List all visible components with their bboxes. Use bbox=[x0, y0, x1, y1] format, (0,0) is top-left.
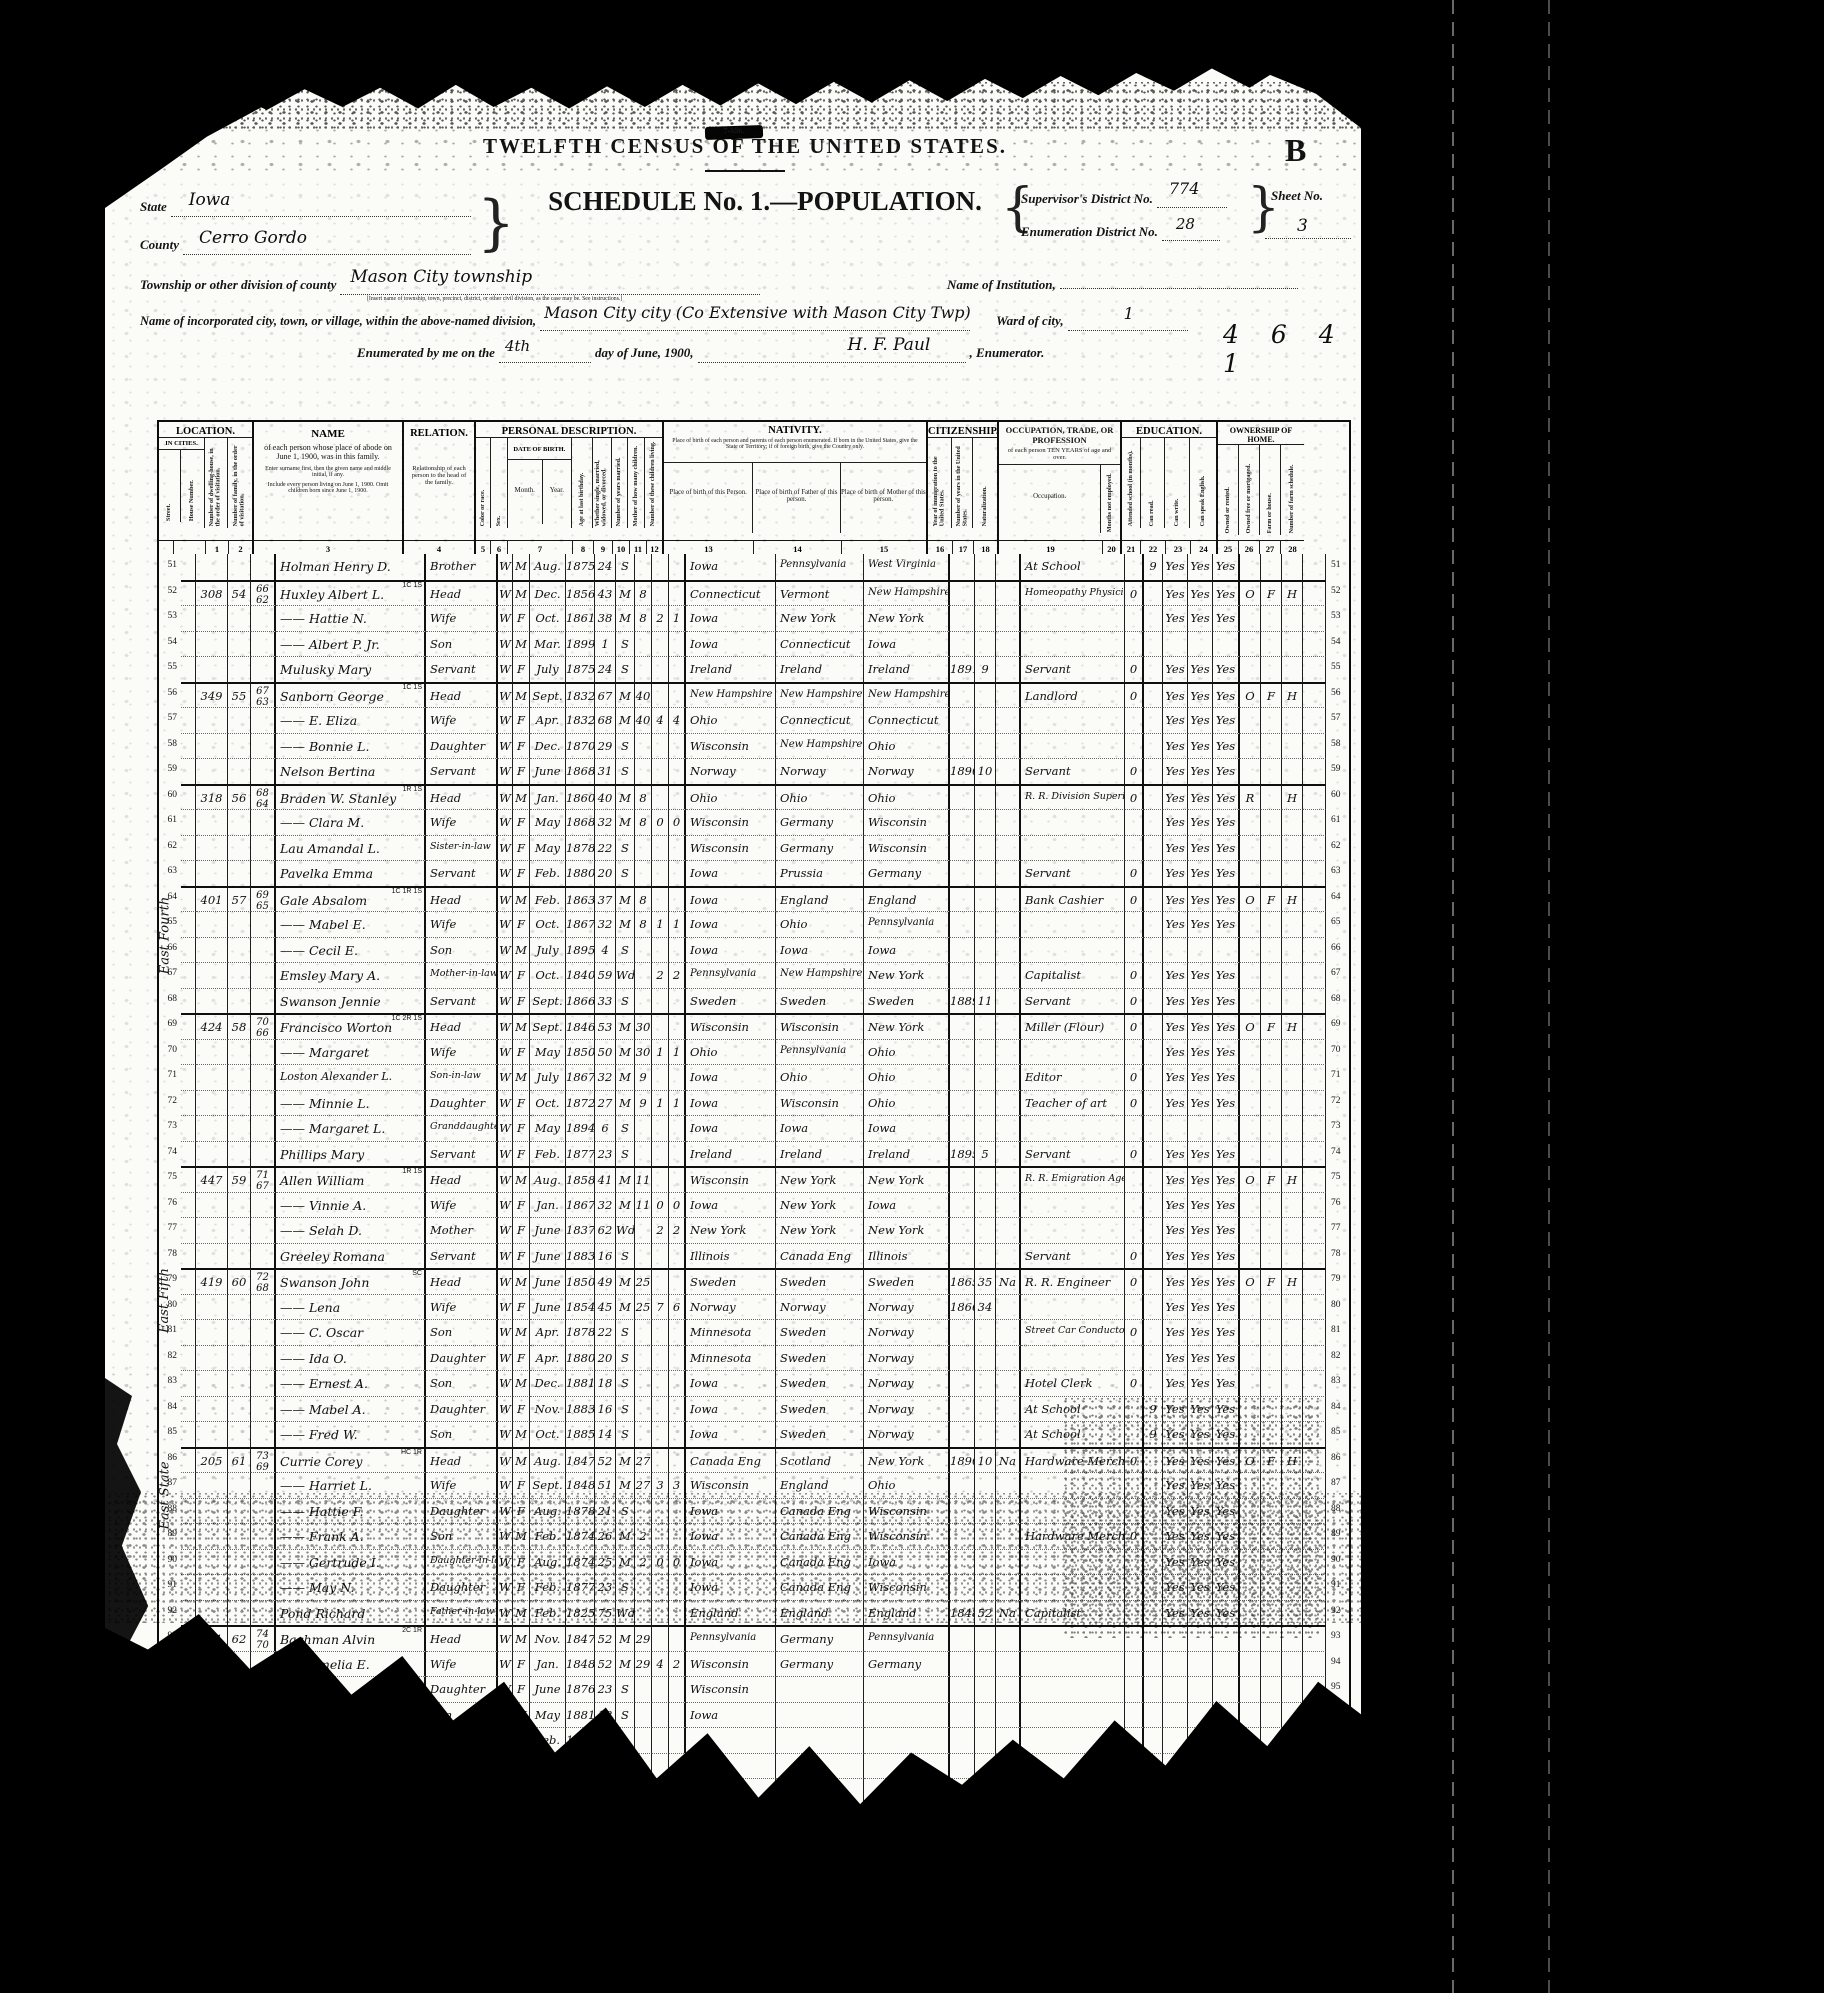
cell: S bbox=[616, 1676, 635, 1702]
cell: 1848 bbox=[566, 1651, 595, 1677]
scan-speckle-top1 bbox=[105, 82, 1361, 130]
cell bbox=[996, 1676, 1021, 1702]
cell: 4 bbox=[652, 1651, 669, 1677]
cell: May bbox=[530, 1702, 566, 1728]
census-sheet: 7-556. TWELFTH CENSUS OF THE UNITED STAT… bbox=[105, 38, 1361, 1910]
cell: 1847 bbox=[566, 1625, 595, 1651]
cell bbox=[975, 1651, 996, 1677]
cell bbox=[635, 1676, 652, 1702]
film-scratch-1 bbox=[1452, 0, 1454, 1993]
cell: F bbox=[513, 1676, 530, 1702]
cell: June bbox=[530, 1676, 566, 1702]
cell bbox=[669, 1625, 686, 1651]
scan-speckle-bottom-right bbox=[1061, 1398, 1321, 1638]
cell bbox=[669, 1702, 686, 1728]
cell bbox=[1261, 1651, 1282, 1677]
cell bbox=[1125, 1676, 1144, 1702]
cell bbox=[1144, 1702, 1163, 1728]
cell: Pennsylvania bbox=[864, 1625, 950, 1651]
cell bbox=[1144, 1676, 1163, 1702]
cell: 7470 bbox=[251, 1625, 276, 1651]
cell bbox=[1240, 1702, 1261, 1728]
cell bbox=[1240, 1651, 1261, 1677]
tabulation-stamp: 2C 1R bbox=[402, 1627, 422, 1634]
cell bbox=[1213, 1676, 1240, 1702]
cell bbox=[635, 1702, 652, 1728]
cell bbox=[1144, 1727, 1163, 1753]
cell: Wife bbox=[426, 1651, 498, 1677]
cell bbox=[669, 1676, 686, 1702]
cell bbox=[1021, 1676, 1125, 1702]
cell: Germany bbox=[864, 1651, 950, 1677]
cell bbox=[652, 1727, 669, 1753]
cell bbox=[1213, 1651, 1240, 1677]
cell: Germany bbox=[776, 1625, 864, 1651]
cell bbox=[1021, 1702, 1125, 1728]
cell bbox=[1261, 1676, 1282, 1702]
cell: 29 bbox=[635, 1651, 652, 1677]
cell bbox=[776, 1702, 864, 1728]
cell bbox=[1282, 1651, 1303, 1677]
cell bbox=[996, 1702, 1021, 1728]
cell bbox=[1188, 1676, 1213, 1702]
cell bbox=[864, 1702, 950, 1728]
cell: Germany bbox=[776, 1651, 864, 1677]
cell bbox=[975, 1676, 996, 1702]
cell bbox=[1163, 1702, 1188, 1728]
cell: W bbox=[498, 1651, 513, 1677]
cell: 23 bbox=[595, 1676, 616, 1702]
film-scratch-2 bbox=[1548, 0, 1550, 1993]
cell bbox=[1188, 1651, 1213, 1677]
cell bbox=[1282, 1676, 1303, 1702]
cell bbox=[975, 1625, 996, 1651]
cell bbox=[950, 1625, 975, 1651]
cell: W bbox=[498, 1625, 513, 1651]
cell bbox=[652, 1625, 669, 1651]
cell: 1876 bbox=[566, 1676, 595, 1702]
cell bbox=[975, 1702, 996, 1728]
cell bbox=[652, 1702, 669, 1728]
cell: Head bbox=[426, 1625, 498, 1651]
cell: Wisconsin bbox=[686, 1676, 776, 1702]
cell bbox=[864, 1727, 950, 1753]
cell: 52 bbox=[595, 1625, 616, 1651]
cell bbox=[1303, 1651, 1326, 1677]
cell: M bbox=[616, 1651, 635, 1677]
cell: Iowa bbox=[686, 1702, 776, 1728]
cell bbox=[996, 1625, 1021, 1651]
cell bbox=[996, 1651, 1021, 1677]
cell: 62 bbox=[228, 1625, 251, 1651]
cell bbox=[652, 1676, 669, 1702]
scan-speckle-top2 bbox=[105, 124, 1361, 176]
cell: Pennsylvania bbox=[686, 1625, 776, 1651]
census-scan-page: { "page": { "letter": "B", "form_note": … bbox=[0, 0, 1824, 1993]
scan-grain bbox=[105, 178, 1361, 1378]
row-number-right: 93 bbox=[1326, 1625, 1349, 1651]
cell bbox=[1125, 1702, 1144, 1728]
cell bbox=[950, 1676, 975, 1702]
cell bbox=[950, 1753, 975, 1779]
cell: 29 bbox=[635, 1625, 652, 1651]
cell: 52 bbox=[595, 1651, 616, 1677]
cell: F bbox=[513, 1651, 530, 1677]
cell bbox=[1144, 1651, 1163, 1677]
cell bbox=[950, 1651, 975, 1677]
cell bbox=[950, 1727, 975, 1753]
cell: S bbox=[616, 1702, 635, 1728]
cell: M bbox=[616, 1625, 635, 1651]
cell: Jan. bbox=[530, 1651, 566, 1677]
cell bbox=[669, 1727, 686, 1753]
cell bbox=[864, 1676, 950, 1702]
cell bbox=[776, 1676, 864, 1702]
cell bbox=[635, 1727, 652, 1753]
cell bbox=[1163, 1651, 1188, 1677]
cell: Nov. bbox=[530, 1625, 566, 1651]
cell bbox=[975, 1727, 996, 1753]
cell: M bbox=[513, 1625, 530, 1651]
cell bbox=[950, 1702, 975, 1728]
row-number-right: 94 bbox=[1326, 1651, 1349, 1677]
cell: 2 bbox=[669, 1651, 686, 1677]
cell: Wisconsin bbox=[686, 1651, 776, 1677]
table-row: 94—— Amelia E.WifeWFJan.184852M2942Wisco… bbox=[159, 1651, 1349, 1677]
cell bbox=[1261, 1702, 1282, 1728]
cell bbox=[776, 1727, 864, 1753]
cell bbox=[1240, 1676, 1261, 1702]
cell bbox=[1021, 1651, 1125, 1677]
cell bbox=[1163, 1676, 1188, 1702]
cell bbox=[1125, 1651, 1144, 1677]
